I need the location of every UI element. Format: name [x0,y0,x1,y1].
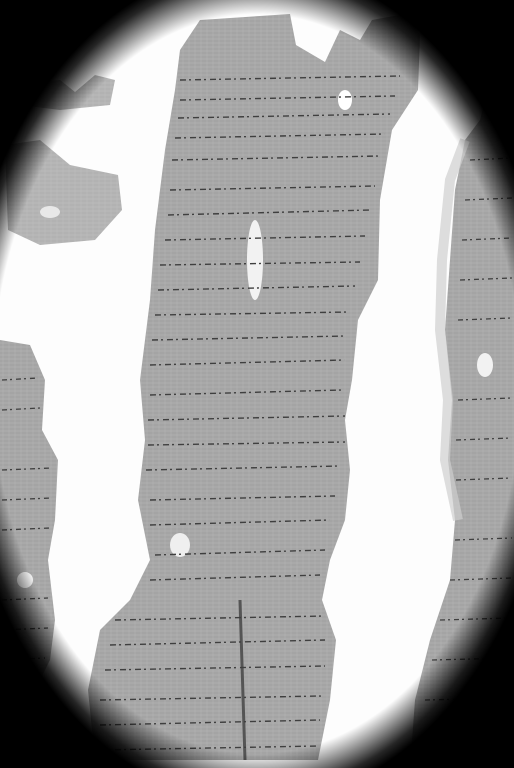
papyrus-photograph: Grayscale photograph of carbonized papyr… [0,0,514,768]
fragment-left-column [0,340,58,745]
fragment-central-column [88,14,420,760]
fragment-left-top [5,75,122,245]
fragment-right-column [410,60,514,768]
papyrus-fragments [0,0,514,768]
